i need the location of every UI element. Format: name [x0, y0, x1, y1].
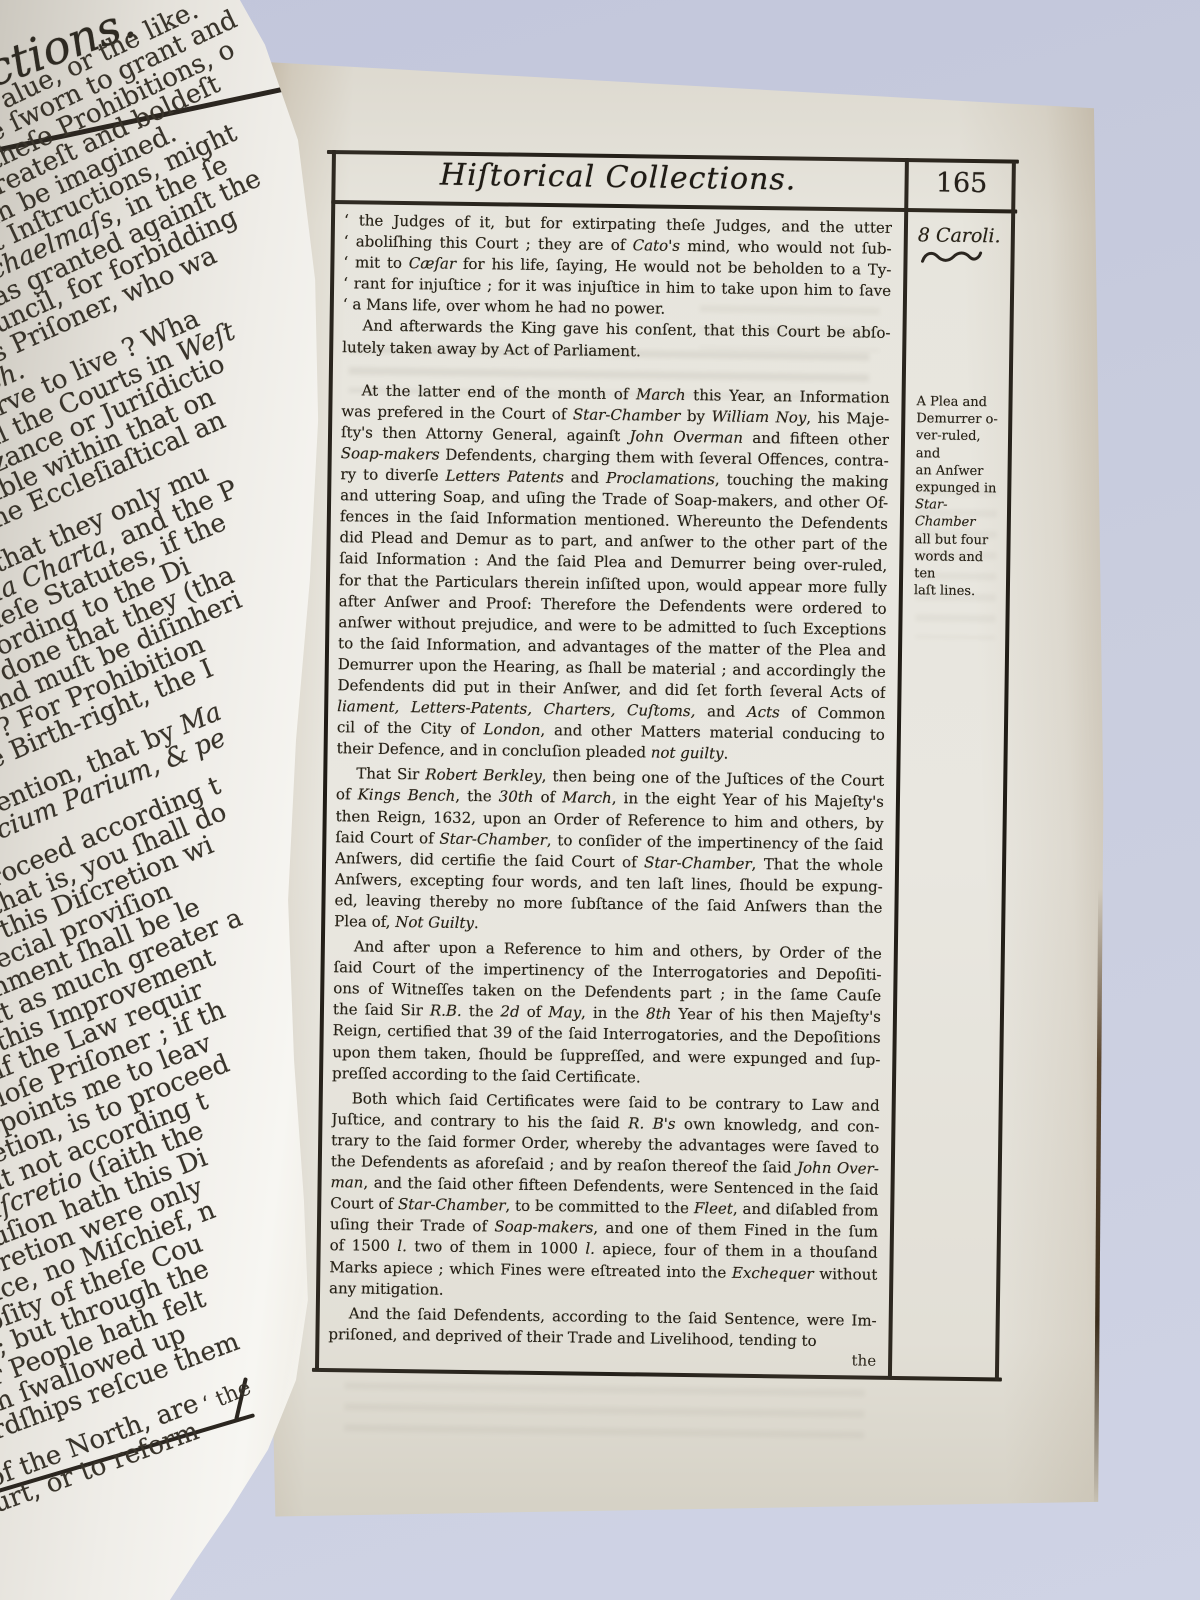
bottom-rule — [312, 1368, 1002, 1382]
showthrough-smudge — [344, 1382, 865, 1444]
margin-column: 8 Caroli. A Plea andDemurrer o-ver-ruled… — [917, 216, 1008, 272]
squiggle-flourish-icon — [919, 247, 1007, 272]
page-fore-edge-shading — [1094, 888, 1106, 1508]
margin-note-line: ver-ruled, and — [916, 428, 1008, 464]
paragraph: At the latter end of the month of March … — [336, 380, 889, 767]
running-title: Hiſtorical Collections. — [331, 156, 904, 199]
paragraph: And afterwards the King gave his conſent… — [342, 316, 891, 366]
margin-note-line: A Plea and — [916, 393, 1008, 411]
margin-note-line: laſt lines. — [914, 582, 1006, 600]
margin-section-heading: 8 Caroli. — [918, 224, 1008, 247]
margin-note-line: Demurrer o- — [916, 410, 1008, 428]
book-photo-scene: Hiſtorical Collections. 165 ‘ the Judges… — [0, 0, 1200, 1600]
margin-divider-rule — [888, 158, 909, 1379]
right-page: Hiſtorical Collections. 165 ‘ the Judges… — [255, 48, 1105, 1518]
paragraph: Both which ſaid Certificates were ſaid t… — [329, 1088, 880, 1307]
margin-note-line: all but four — [914, 531, 1006, 549]
margin-note-line: words and ten — [914, 548, 1006, 584]
margin-note-line: an Anſwer — [915, 462, 1007, 480]
left-page: lections. ‘ the f greater value, or the … — [0, 0, 330, 1600]
page-number: 165 — [916, 167, 1006, 199]
paragraph: That Sir Robert Berkley, then being one … — [334, 763, 884, 939]
paragraph: ‘ the Judges of it, but for extirpating … — [343, 210, 892, 323]
margin-note-line: Star-Chamber — [915, 496, 1007, 532]
text-column: ‘ the Judges of it, but for extirpating … — [328, 210, 892, 1352]
margin-note-line: expunged in — [915, 479, 1007, 497]
right-column-rule — [995, 161, 1016, 1380]
paragraph: And after upon a Reference to him and ot… — [332, 936, 882, 1091]
margin-note: A Plea andDemurrer o-ver-ruled, andan An… — [914, 393, 1009, 601]
printed-frame: Hiſtorical Collections. 165 ‘ the Judges… — [315, 150, 1015, 1385]
